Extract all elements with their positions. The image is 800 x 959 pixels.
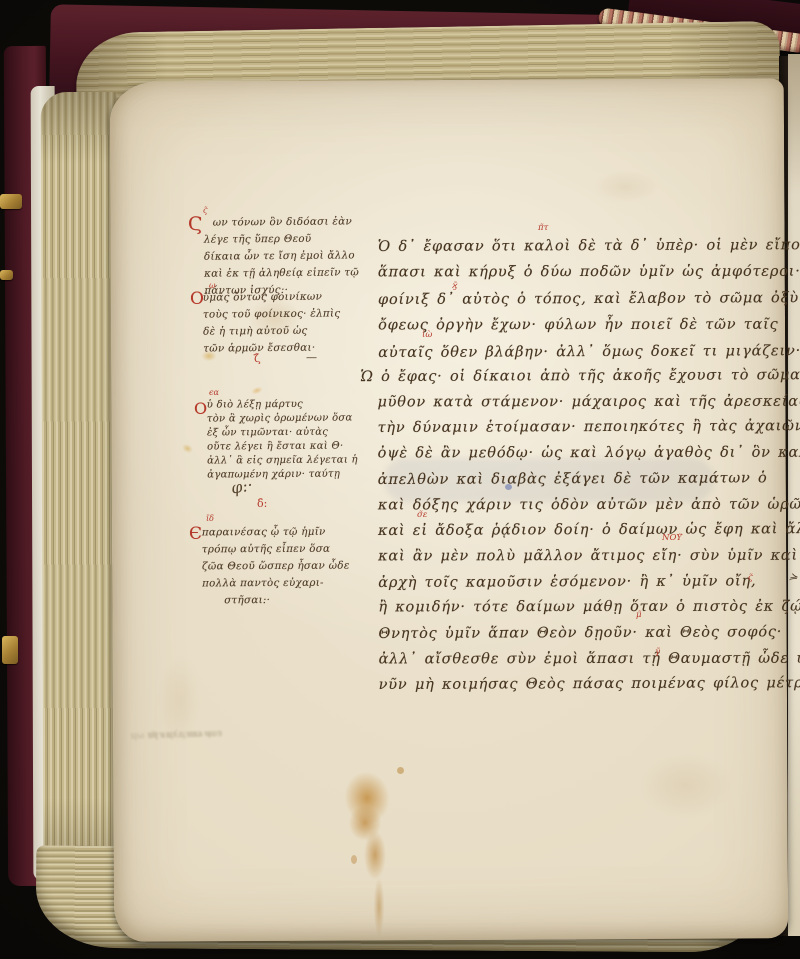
text-line: ἅπασι καὶ κήρυξ ὁ δύω ποδῶν ὑμῖν ὡς ἀμφό… xyxy=(378,259,800,286)
text-line: μῦθον κατὰ στάμενον· μάχαιρος καὶ τῆς ἀρ… xyxy=(377,389,800,416)
note-line: ων τόνων ὃν διδόασι ἐὰν xyxy=(204,213,359,231)
red-rubric-mark: γ̃ xyxy=(655,647,660,657)
text-line: τὴν δύναμιν ἑτοίμασαν· πεποιηκότες ἢ τὰς… xyxy=(377,414,800,442)
text-line: ἀλλ᾽ αἴσθεσθε σὺν ἐμοὶ ἅπασι τῇ Θαυμαστῇ… xyxy=(379,646,800,673)
clasp-pin xyxy=(0,194,22,209)
note-line: τὸν ἃ χωρὶς ὁρωμένων ὅσα xyxy=(207,411,358,426)
ghost-line: τωρ επι αλμ ϲγο xyxy=(148,727,222,743)
rubricated-initial: Є xyxy=(189,524,202,544)
note-line: δίκαια ὧν τε ἴση ἐμοὶ ἄλλο xyxy=(204,247,359,265)
margin-note: ὑ διὸ λέξῃ μάρτυς τὸν ἃ χωρὶς ὁρωμένων ὅ… xyxy=(207,397,358,481)
note-line: τοὺς τοῦ φοίνικος· ἐλπὶς xyxy=(203,305,341,323)
note-line: ὑ διὸ λέξῃ μάρτυς xyxy=(207,397,358,412)
red-rubric-mark: σ̃ε xyxy=(417,510,427,520)
note-line: δὲ ἡ τιμὴ αὐτοῦ ὡς xyxy=(203,322,341,340)
clasp-pin xyxy=(0,270,13,280)
note-line: οὔτε λέγει ἢ ἔσται καὶ Θ· xyxy=(207,439,358,454)
text-line: φοίνιξ δ᾽ αὐτὸς ὁ τόπος, καὶ ἔλαβον τὸ σ… xyxy=(378,285,800,313)
main-text-paragraph: Ὁ δ᾽ ἔφασαν ὅτι καλοὶ δὲ τὰ δ᾽ ὑπὲρ· οἱ … xyxy=(378,232,800,366)
red-rubric-mark: ἰὼ xyxy=(422,330,432,340)
margin-note: παραινέσας ᾧ τῷ ἡμῖν τρόπῳ αὐτῆς εἶπεν ὅ… xyxy=(202,524,350,610)
text-line: Ὡ ὁ ἔφας· οἱ δίκαιοι ἀπὸ τῆς ἀκοῆς ἔχουσ… xyxy=(360,363,800,391)
text-line: ἢ κομιδήν· τότε δαίμων μάθῃ ὅταν ὁ πιστὸ… xyxy=(378,595,800,622)
stain-speck xyxy=(397,767,404,774)
note-line: παραινέσας ᾧ τῷ ἡμῖν xyxy=(202,524,350,542)
text-line: ἀρχὴ τοῖς καμοῦσιν ἑσόμενον· ἢ κ᾽ ὑμῖν ο… xyxy=(378,569,800,597)
note-line: ἐξ ὧν τιμῶνται· αὐτὰς xyxy=(207,425,358,440)
red-superscript: ϛ̃ xyxy=(203,206,207,215)
text-line: καὶ δόξης χάριν τις ὁδὸν αὐτῶν μὲν ἀπὸ τ… xyxy=(378,492,800,519)
red-superscript: ϵα xyxy=(209,388,219,397)
rubricated-initial: Ϛ xyxy=(188,213,203,235)
main-text-paragraph: Ὡ ὁ ἔφας· οἱ δίκαιοι ἀπὸ τῆς ἀκοῆς ἔχουσ… xyxy=(377,363,800,699)
red-rubric-mark: π̃τ xyxy=(538,223,548,233)
tail-flourish: φ:· xyxy=(230,475,255,497)
text-line: ἀπελθὼν καὶ διαβὰς ἐξάγει δὲ τῶν καμάτων… xyxy=(378,466,800,494)
clasp-pin xyxy=(2,636,18,664)
margin-note: ων τόνων ὃν διδόασι ἐὰν λέγε τῆς ὕπερ Θε… xyxy=(204,213,360,299)
stain-drip xyxy=(373,874,385,940)
text-line: καὶ ἂν μὲν πολὺ μᾶλλον ἄτιμος εἴη· σὺν ὑ… xyxy=(378,544,800,571)
red-rubric-mark: ϗ̃ xyxy=(452,281,457,291)
text-line: καὶ εἰ ἄδοξα ῥᾴδιον δοίη· ὁ δαίμων ὡς ἔφ… xyxy=(378,517,800,545)
text-line: ὄφεως ὀργὴν ἔχων· φύλων ἦν ποιεῖ δὲ τῶν … xyxy=(378,312,800,339)
red-rubric-mark: ϛ̃ xyxy=(748,573,753,583)
page-edges-left xyxy=(41,92,120,894)
note-line: πολλὰ παντὸς εὐχαρι- xyxy=(202,575,350,593)
note-line: ὑμᾶς ὄντως φοινίκων xyxy=(203,288,341,306)
note-line: στῆσαι:· xyxy=(202,592,350,610)
text-line: νῦν μὴ κοιμήσας Θεὸς πάσας ποιμένας φίλο… xyxy=(379,671,800,699)
note-line: λέγε τῆς ὕπερ Θεοῦ xyxy=(204,230,359,248)
parchment-blotch xyxy=(580,165,670,209)
manuscript-photograph: ≽ ϲαν ωπερ ταν θε ωμ τωρ επι αλμ ϲγο ϛ̃ … xyxy=(0,0,800,959)
rubricated-initial: Ο xyxy=(194,399,207,418)
text-line: αὐταῖς ὅθεν βλάβην· ἀλλ᾽ ὅμως δοκεῖ τι μ… xyxy=(378,338,800,366)
ink-dash: — xyxy=(306,351,317,364)
parchment-blotch xyxy=(620,740,750,830)
red-mark: δ̑: xyxy=(257,497,267,510)
red-rubric-mark: μ̃ xyxy=(636,610,642,620)
note-line: ζῶα Θεοῦ ὥσπερ ἦσαν ὧδε xyxy=(202,558,350,576)
text-line: Θνητὸς ὑμῖν ἅπαν Θεὸν δῃοῦν· καὶ Θεὸς σο… xyxy=(378,620,800,648)
text-line: Ὁ δ᾽ ἔφασαν ὅτι καλοὶ δὲ τὰ δ᾽ ὑπὲρ· οἱ … xyxy=(378,232,800,260)
note-line: τῶν ἁρμῶν ἔσεσθαι· xyxy=(203,339,341,357)
note-line: ἀλλ᾽ ἃ εἰς σημεῖα λέγεται ἡ xyxy=(207,453,358,468)
margin-note: ὑμᾶς ὄντως φοινίκων τοὺς τοῦ φοίνικος· ἐ… xyxy=(203,288,341,357)
red-rubric-mark: ΝΟΥ̃ xyxy=(662,533,682,543)
note-line: καὶ ἐκ τῇ ἀληθείᾳ εἰπεῖν τῷ xyxy=(204,264,359,282)
text-line: ὀψὲ δὲ ἂν μεθόδῳ· ὡς καὶ λόγῳ ἀγαθὸς δι᾽… xyxy=(378,441,800,468)
stain-speck xyxy=(351,855,357,864)
note-line: τρόπῳ αὐτῆς εἶπεν ὅσα xyxy=(202,541,350,559)
red-superscript: ϊδ xyxy=(206,514,214,523)
